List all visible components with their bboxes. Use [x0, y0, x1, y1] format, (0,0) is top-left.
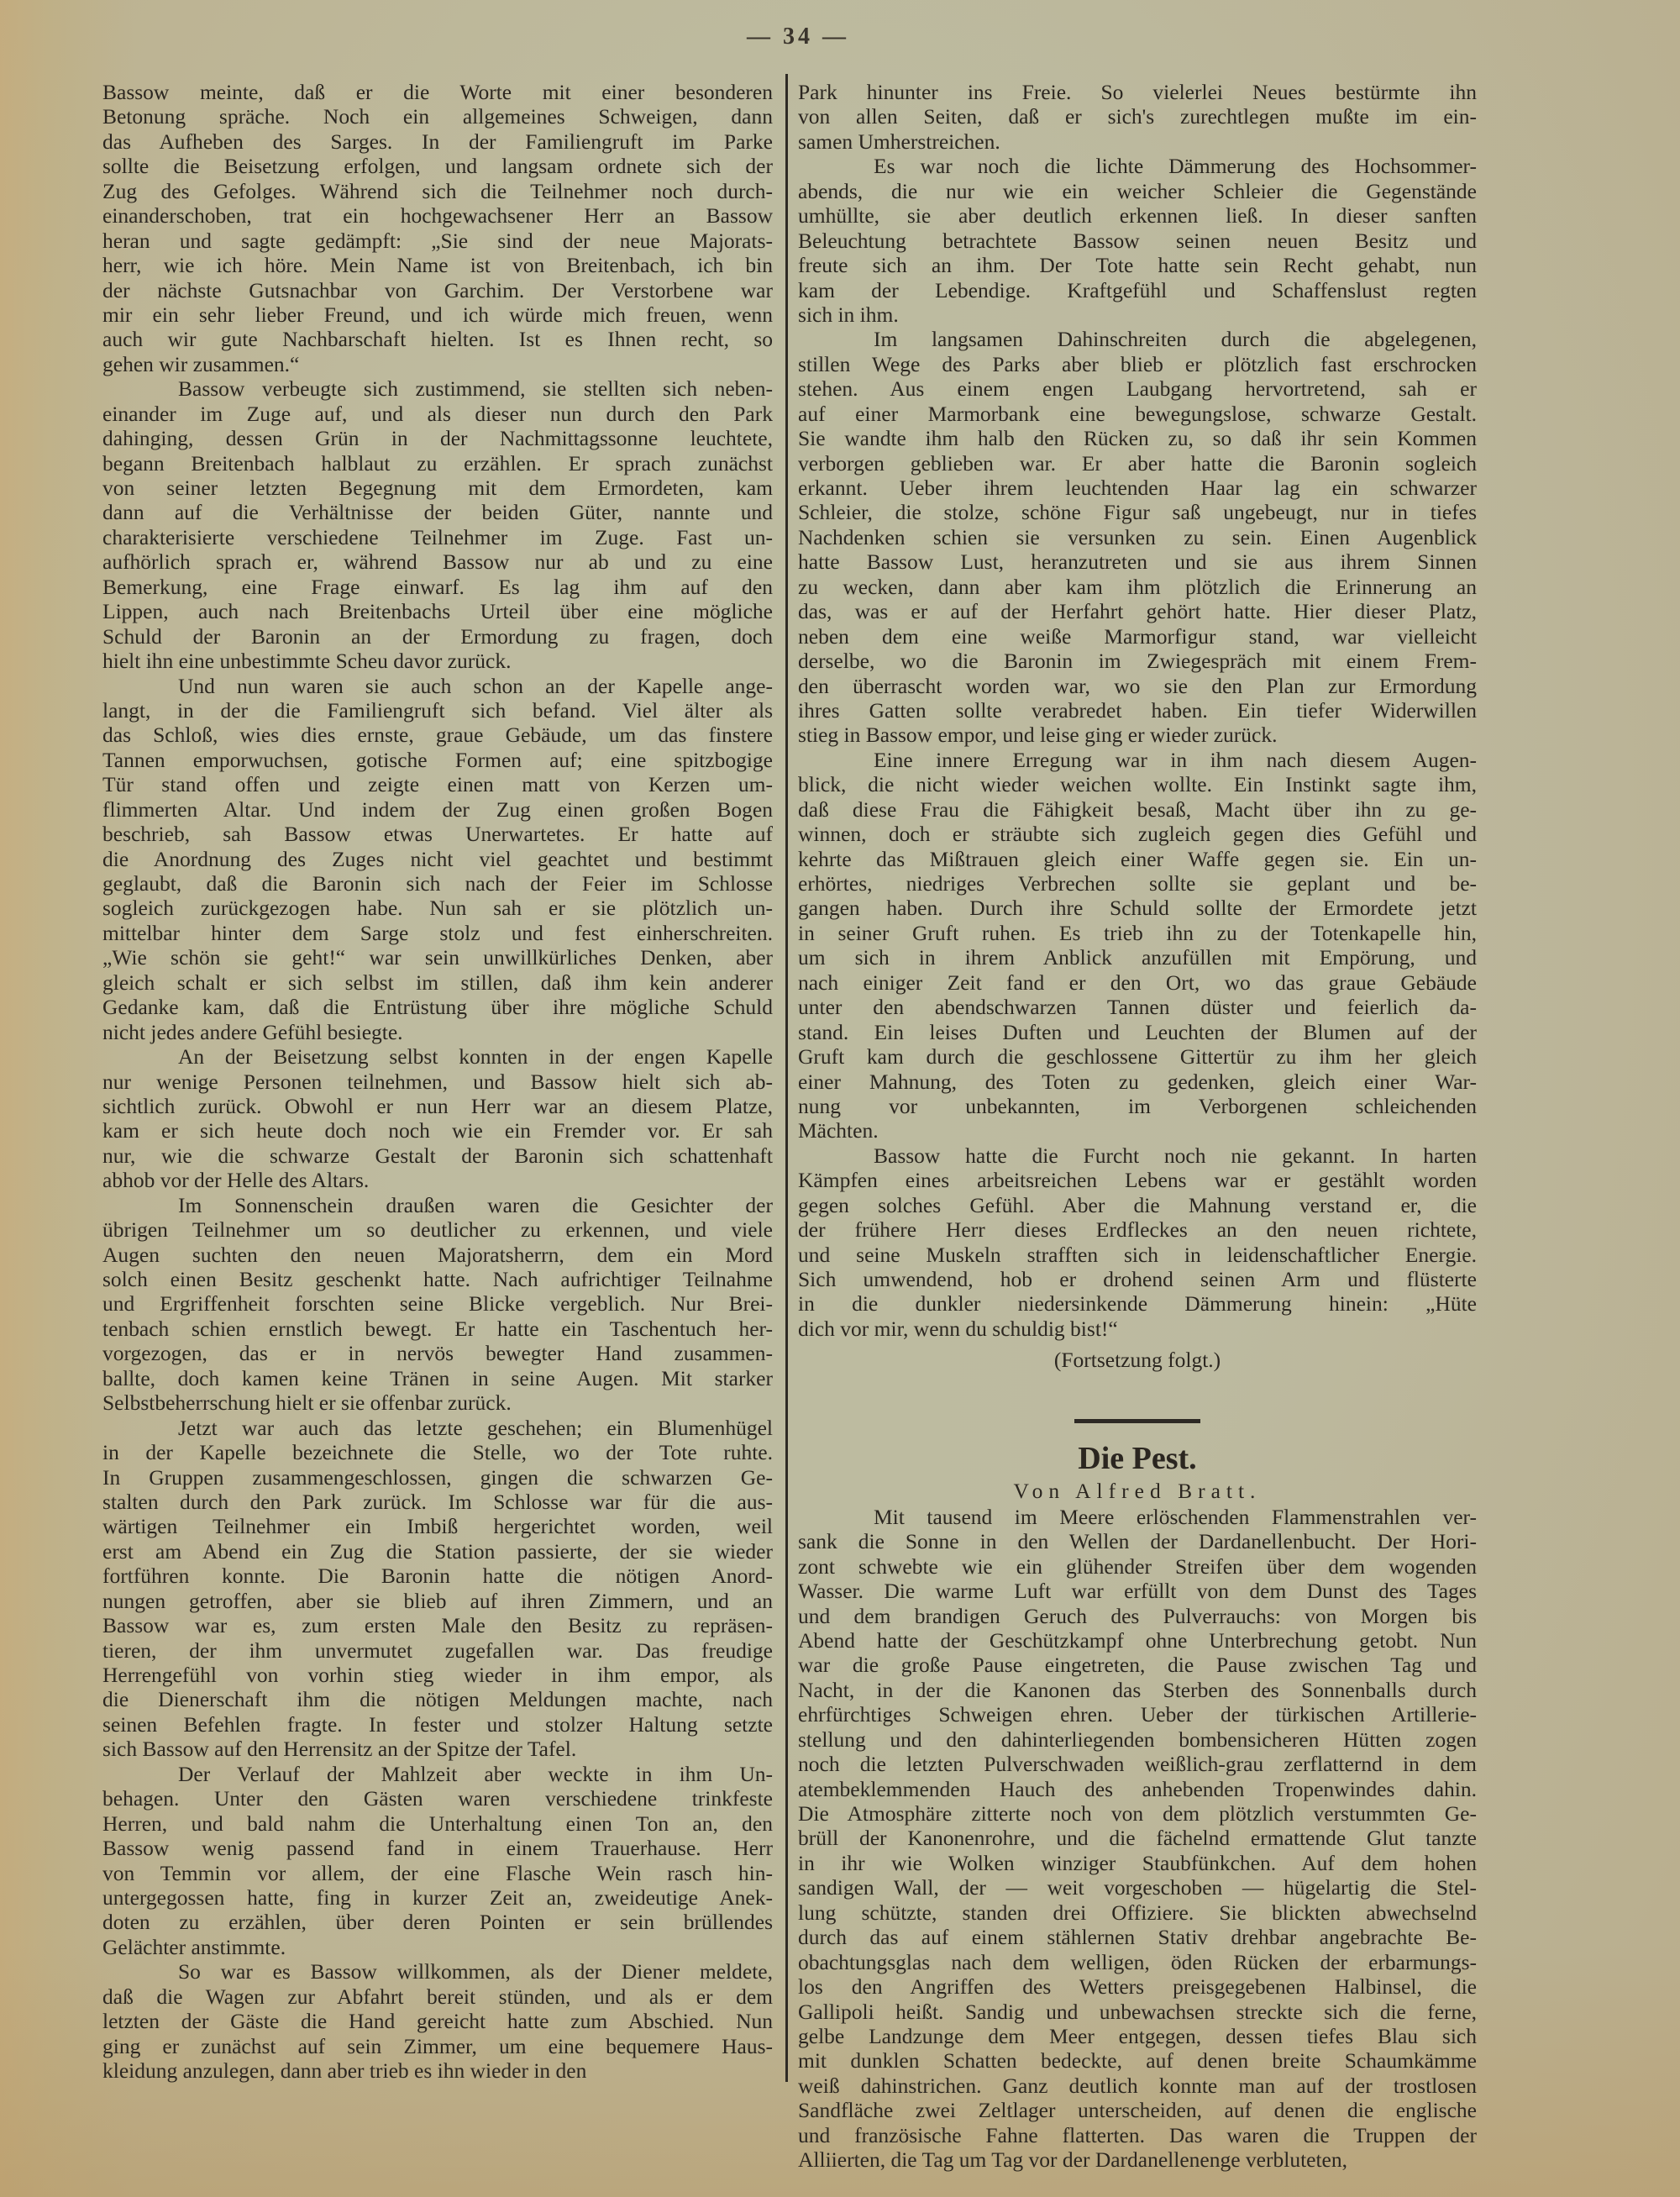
text-line: der nächste Gutsnachbar von Garchim. Der… — [102, 278, 773, 302]
text-line: atembeklemmenden Hauch des anhebenden Tr… — [798, 1777, 1477, 1801]
text-line: fortführen konnte. Die Baronin hatte die… — [102, 1564, 773, 1588]
text-line: stehen. Aus einem engen Laubgang hervort… — [798, 376, 1477, 401]
text-line: winnen, doch er sträubte sich zugleich g… — [798, 822, 1477, 846]
text-line: Jetzt war auch das letzte geschehen; ein… — [102, 1416, 773, 1440]
text-line: weiß dahinstrichen. Ganz deutlich konnte… — [798, 2073, 1477, 2098]
text-line: obachtungsglas nach dem welligen, öden R… — [798, 1950, 1477, 1974]
text-line: Der Verlauf der Mahlzeit aber weckte in … — [102, 1762, 773, 1786]
text-line: umhüllte, sie aber deutlich erkennen lie… — [798, 203, 1477, 228]
text-line: nur wenige Personen teilnehmen, und Bass… — [102, 1070, 773, 1094]
paragraph: Bassow meinte, daß er die Worte mit eine… — [102, 80, 773, 376]
text-line: dich vor mir, wenn du schuldig bist!“ — [798, 1317, 1477, 1341]
text-line: daß die Wagen zur Abfahrt bereit stünden… — [102, 1984, 773, 2009]
text-line: Schuld der Baronin an der Ermordung zu f… — [102, 624, 773, 649]
text-line: Alliierten, die Tag um Tag vor der Darda… — [798, 2147, 1477, 2172]
text-line: mit dunklen Schatten bedeckte, auf denen… — [798, 2048, 1477, 2073]
text-line: Eine innere Erregung war in ihm nach die… — [798, 748, 1477, 772]
text-line: neben dem eine weiße Marmorfigur stand, … — [798, 624, 1477, 649]
column-divider — [785, 74, 788, 2082]
text-line: vorgezogen, das er in nervös bewegter Ha… — [102, 1341, 773, 1365]
text-line: durch das auf einem stählernen Stativ dr… — [798, 1925, 1477, 1949]
text-line: erhörtes, niedriges Verbrechen sollte si… — [798, 871, 1477, 896]
text-line: Bassow meinte, daß er die Worte mit eine… — [102, 80, 773, 104]
text-line: Sandfläche zwei Zeltlager unterscheiden,… — [798, 2098, 1477, 2122]
text-line: Wasser. Die warme Luft war erfüllt von d… — [798, 1579, 1477, 1603]
text-line: Nachdenken schien sie versunken zu sein.… — [798, 525, 1477, 549]
text-line: herr, wie ich höre. Mein Name ist von Br… — [102, 253, 773, 277]
text-line: von allen Seiten, daß er sich's zurechtl… — [798, 104, 1477, 129]
text-line: blick, die nicht wieder weichen wollte. … — [798, 772, 1477, 796]
text-line: nur, wie die schwarze Gestalt der Baroni… — [102, 1143, 773, 1168]
text-line: übrigen Teilnehmer um so deutlicher zu e… — [102, 1217, 773, 1242]
text-line: von seiner letzten Begegnung mit dem Erm… — [102, 476, 773, 500]
serial-continuation: Park hinunter ins Freie. So vielerlei Ne… — [798, 80, 1477, 1341]
text-line: ehrfürchtiges Schweigen ehren. Ueber der… — [798, 1702, 1477, 1727]
text-line: aufhörlich sprach er, während Bassow nur… — [102, 549, 773, 574]
section-rule — [1074, 1419, 1200, 1423]
text-line: in seiner Gruft ruhen. Es trieb ihn zu d… — [798, 921, 1477, 945]
text-line: Abend hatte der Geschützkampf ohne Unter… — [798, 1628, 1477, 1653]
text-line: sich in ihm. — [798, 302, 1477, 327]
text-line: Tannen emporwuchsen, gotische Formen auf… — [102, 748, 773, 772]
text-line: Sie wandte ihm halb den Rücken zu, so da… — [798, 426, 1477, 450]
text-line: sich Bassow auf den Herrensitz an der Sp… — [102, 1737, 773, 1761]
text-line: nicht jedes andere Gefühl besiegte. — [102, 1020, 773, 1044]
text-line: zont schwebte wie ein glühender Streifen… — [798, 1554, 1477, 1579]
text-line: und französische Fahne flatterten. Das w… — [798, 2123, 1477, 2147]
paragraph: Im Sonnenschein draußen waren die Gesich… — [102, 1193, 773, 1416]
text-line: einanderschoben, trat ein hochgewachsene… — [102, 203, 773, 228]
paragraph: An der Beisetzung selbst konnten in der … — [102, 1044, 773, 1193]
text-line: untergegossen hatte, fing in kurzer Zeit… — [102, 1885, 773, 1910]
paragraph: Mit tausend im Meere erlöschenden Flamme… — [798, 1505, 1477, 2173]
text-line: Bemerkung, eine Frage einwarf. Es lag ih… — [102, 575, 773, 599]
text-line: Zug des Gefolges. Während sich die Teiln… — [102, 179, 773, 203]
text-line: dann auf die Verhältnisse der beiden Güt… — [102, 500, 773, 524]
text-line: Park hinunter ins Freie. So vielerlei Ne… — [798, 80, 1477, 104]
text-line: begann Breitenbach halblaut zu erzählen.… — [102, 451, 773, 476]
text-line: erkannt. Ueber ihrem leuchtenden Haar la… — [798, 476, 1477, 500]
text-line: den überrascht worden war, wo sie den Pl… — [798, 674, 1477, 698]
text-line: So war es Bassow willkommen, als der Die… — [102, 1959, 773, 1984]
text-line: um sich in ihrem Anblick anzufüllen mit … — [798, 945, 1477, 970]
text-line: auch wir gute Nachbarschaft hielten. Ist… — [102, 327, 773, 351]
text-line: Betonung spräche. Noch ein allgemeines S… — [102, 104, 773, 129]
article-body: Mit tausend im Meere erlöschenden Flamme… — [798, 1505, 1477, 2173]
text-line: ging er zunächst auf sein Zimmer, um ein… — [102, 2034, 773, 2058]
text-line: sichtlich zurück. Obwohl er nun Herr war… — [102, 1094, 773, 1118]
text-line: Und nun waren sie auch schon an der Kape… — [102, 674, 773, 698]
text-line: ballte, doch kamen keine Tränen in seine… — [102, 1366, 773, 1390]
text-line: Augen suchten den neuen Majoratsherrn, d… — [102, 1243, 773, 1267]
right-column: Park hinunter ins Freie. So vielerlei Ne… — [798, 80, 1477, 2173]
text-line: sandigen Wall, der — weit vorgeschoben —… — [798, 1875, 1477, 1900]
text-line: gangen haben. Durch ihre Schuld sollte d… — [798, 896, 1477, 920]
text-line: Selbstbeherrschung hielt er sie offenbar… — [102, 1390, 773, 1415]
text-line: An der Beisetzung selbst konnten in der … — [102, 1044, 773, 1069]
text-line: Mit tausend im Meere erlöschenden Flamme… — [798, 1505, 1477, 1529]
text-line: charakterisierte verschiedene Teilnehmer… — [102, 525, 773, 549]
text-line: gleich schalt er sich selbst im stillen,… — [102, 970, 773, 995]
text-line: stalten durch den Park zurück. Im Schlos… — [102, 1490, 773, 1514]
text-line: Die Atmosphäre zitterte noch von dem plö… — [798, 1801, 1477, 1826]
text-line: Mächten. — [798, 1118, 1477, 1143]
text-line: Gelächter anstimmte. — [102, 1935, 773, 1959]
text-line: verborgen geblieben war. Er aber hatte d… — [798, 451, 1477, 476]
text-line: „Wie schön sie geht!“ war sein unwillkür… — [102, 945, 773, 970]
paragraph: Und nun waren sie auch schon an der Kape… — [102, 674, 773, 1045]
text-line: hielt ihn eine unbestimmte Scheu davor z… — [102, 649, 773, 673]
text-line: in die dunkler niedersinkende Dämmerung … — [798, 1291, 1477, 1316]
text-line: Kämpfen eines arbeitsreichen Lebens war … — [798, 1168, 1477, 1192]
text-line: kehrte das Mißtrauen gleich einer Waffe … — [798, 847, 1477, 871]
text-line: Bassow wenig passend fand in einem Traue… — [102, 1836, 773, 1860]
paragraph: Es war noch die lichte Dämmerung des Hoc… — [798, 154, 1477, 327]
text-line: in ihr wie Wolken winziger Staubfünkchen… — [798, 1851, 1477, 1875]
left-column-serial-text: Bassow meinte, daß er die Worte mit eine… — [102, 80, 773, 2083]
text-line: Es war noch die lichte Dämmerung des Hoc… — [798, 154, 1477, 178]
text-line: das Schloß, wies dies ernste, graue Gebä… — [102, 723, 773, 747]
text-line: In Gruppen zusammengeschlossen, gingen d… — [102, 1465, 773, 1490]
text-line: Lippen, auch nach Breitenbachs Urteil üb… — [102, 599, 773, 623]
text-line: seinen Befehlen fragte. In fester und st… — [102, 1712, 773, 1737]
text-line: Bassow verbeugte sich zustimmend, sie st… — [102, 376, 773, 401]
text-line: einander im Zuge auf, und als dieser nun… — [102, 402, 773, 426]
paragraph: Der Verlauf der Mahlzeit aber weckte in … — [102, 1762, 773, 1960]
paragraph: Bassow hatte die Furcht noch nie gekannt… — [798, 1143, 1477, 1342]
text-line: erst am Abend ein Zug die Station passie… — [102, 1539, 773, 1564]
text-line: Gruft kam durch die geschlossene Gittert… — [798, 1044, 1477, 1069]
text-line: Schleier, die stolze, schöne Figur saß u… — [798, 500, 1477, 524]
text-line: kleidung anzulegen, dann aber trieb es i… — [102, 2058, 773, 2083]
text-line: heran und sagte gedämpft: „Sie sind der … — [102, 229, 773, 253]
text-line: Bassow hatte die Furcht noch nie gekannt… — [798, 1143, 1477, 1168]
text-line: sank die Sonne in den Wellen der Dardane… — [798, 1529, 1477, 1553]
text-line: ihres Gatten sollte verabredet haben. Ei… — [798, 698, 1477, 723]
text-line: beschrieb, sah Bassow etwas Unerwartetes… — [102, 822, 773, 846]
text-line: und dem brandigen Geruch des Pulverrauch… — [798, 1604, 1477, 1628]
text-line: Gallipoli heißt. Sandig und unbewachsen … — [798, 2000, 1477, 2024]
text-line: tenbach schien ernstlich bewegt. Er hatt… — [102, 1317, 773, 1341]
text-line: und seine Muskeln strafften sich in leid… — [798, 1243, 1477, 1267]
text-line: zu wecken, dann aber kam ihm plötzlich d… — [798, 575, 1477, 599]
text-line: der frühere Herr dieses Erdfleckes an de… — [798, 1217, 1477, 1242]
text-line: Beleuchtung betrachtete Bassow seinen ne… — [798, 229, 1477, 253]
text-line: gehen wir zusammen.“ — [102, 352, 773, 376]
article-title: Die Pest. — [798, 1440, 1477, 1477]
text-line: stand. Ein leises Duften und Leuchten de… — [798, 1020, 1477, 1044]
text-line: freute sich an ihm. Der Tote hatte sein … — [798, 253, 1477, 277]
paragraph: So war es Bassow willkommen, als der Die… — [102, 1959, 773, 2083]
text-line: von Temmin vor allem, der eine Flasche W… — [102, 1861, 773, 1885]
text-line: doten zu erzählen, über deren Pointen er… — [102, 1910, 773, 1934]
text-line: Herrengefühl von vorhin stieg wieder in … — [102, 1663, 773, 1687]
text-line: geglaubt, daß die Baronin sich nach der … — [102, 871, 773, 896]
text-line: behagen. Unter den Gästen waren verschie… — [102, 1786, 773, 1811]
text-line: die Dienerschaft ihm die nötigen Meldung… — [102, 1687, 773, 1711]
text-line: stieg in Bassow empor, und leise ging er… — [798, 723, 1477, 747]
text-line: flimmerten Altar. Und indem der Zug eine… — [102, 797, 773, 822]
text-line: samen Umherstreichen. — [798, 129, 1477, 154]
text-line: Nacht, in der die Kanonen das Sterben de… — [798, 1678, 1477, 1702]
text-line: wärtigen Teilnehmer ein Imbiß hergericht… — [102, 1514, 773, 1538]
text-line: das, was er auf der Herfahrt gehört hatt… — [798, 599, 1477, 623]
text-line: stillen Wege des Parks aber blieb er plö… — [798, 352, 1477, 376]
text-line: unter den abendschwarzen Tannen düster u… — [798, 995, 1477, 1019]
text-line: los den Angriffen des Wetters preisgegeb… — [798, 1974, 1477, 1999]
text-line: war die große Pause eingetreten, die Pau… — [798, 1653, 1477, 1677]
text-line: noch die letzten Pulverschwaden weißlich… — [798, 1752, 1477, 1776]
paragraph: Park hinunter ins Freie. So vielerlei Ne… — [798, 80, 1477, 154]
text-line: in der Kapelle bezeichnete die Stelle, w… — [102, 1440, 773, 1464]
text-line: derselbe, wo die Baronin im Zwiegespräch… — [798, 649, 1477, 673]
text-line: brüll der Kanonenrohre, und die fächelnd… — [798, 1826, 1477, 1850]
text-line: hatte Bassow Lust, heranzutreten und sie… — [798, 549, 1477, 574]
text-line: stellung und den dahinterliegenden bombe… — [798, 1727, 1477, 1752]
text-line: nach einiger Zeit fand er den Ort, wo da… — [798, 970, 1477, 995]
text-line: das Aufheben des Sarges. In der Familien… — [102, 129, 773, 154]
text-line: langt, in der die Familiengruft sich bef… — [102, 698, 773, 723]
text-line: einer Mahnung, des Toten zu gedenken, gl… — [798, 1070, 1477, 1094]
text-line: abends, die nur wie ein weicher Schleier… — [798, 179, 1477, 203]
text-line: abhob vor der Helle des Altars. — [102, 1168, 773, 1192]
text-line: Gedanke kam, daß die Entrüstung über ihr… — [102, 995, 773, 1019]
text-line: nung vor unbekannten, im Verborgenen sch… — [798, 1094, 1477, 1118]
text-line: Im Sonnenschein draußen waren die Gesich… — [102, 1193, 773, 1217]
text-line: Tür stand offen und zeigte einen matt vo… — [102, 772, 773, 796]
text-line: und Ergriffenheit forschten seine Blicke… — [102, 1291, 773, 1316]
text-line: sollte die Beisetzung erfolgen, und lang… — [102, 154, 773, 178]
paragraph: Jetzt war auch das letzte geschehen; ein… — [102, 1416, 773, 1762]
text-line: solch einen Besitz geschenkt hatte. Nach… — [102, 1267, 773, 1291]
text-line: Sich umwendend, hob er drohend seinen Ar… — [798, 1267, 1477, 1291]
page-number: — 34 — — [714, 24, 882, 50]
text-line: gegen solches Gefühl. Aber die Mahnung v… — [798, 1193, 1477, 1217]
paragraph: Im langsamen Dahinschreiten durch die ab… — [798, 327, 1477, 747]
paragraph: Eine innere Erregung war in ihm nach die… — [798, 748, 1477, 1143]
text-line: auf einer Marmorbank eine bewegungslose,… — [798, 402, 1477, 426]
text-line: Herren, und bald nahm die Unterhaltung e… — [102, 1811, 773, 1836]
continued-note: (Fortsetzung folgt.) — [798, 1348, 1477, 1372]
text-line: tieren, der ihm unvermutet zugefallen wa… — [102, 1638, 773, 1663]
text-line: die Anordnung des Zuges nicht viel geach… — [102, 847, 773, 871]
text-line: letzten der Gäste die Hand gereicht hatt… — [102, 2009, 773, 2033]
text-line: gelbe Landzunge dem Meer entgegen, desse… — [798, 2024, 1477, 2048]
text-line: mittelbar hinter dem Sarge stolz und fes… — [102, 921, 773, 945]
text-line: mir ein sehr lieber Freund, und ich würd… — [102, 302, 773, 327]
text-line: lung schützte, standen drei Offiziere. S… — [798, 1900, 1477, 1925]
text-line: kam der Lebendige. Kraftgefühl und Schaf… — [798, 278, 1477, 302]
article-byline: Von Alfred Bratt. — [798, 1477, 1477, 1505]
text-line: nungen getroffen, aber sie blieb auf ihr… — [102, 1589, 773, 1613]
text-line: kam er sich heute doch noch wie ein Frem… — [102, 1118, 773, 1143]
text-line: sogleich zurückgezogen habe. Nun sah er … — [102, 896, 773, 920]
text-line: daß diese Frau die Fähigkeit besaß, Mach… — [798, 797, 1477, 822]
paragraph: Bassow verbeugte sich zustimmend, sie st… — [102, 376, 773, 673]
text-line: Bassow war es, zum ersten Male den Besit… — [102, 1613, 773, 1637]
text-line: dahinging, dessen Grün in der Nachmittag… — [102, 426, 773, 450]
text-line: Im langsamen Dahinschreiten durch die ab… — [798, 327, 1477, 351]
